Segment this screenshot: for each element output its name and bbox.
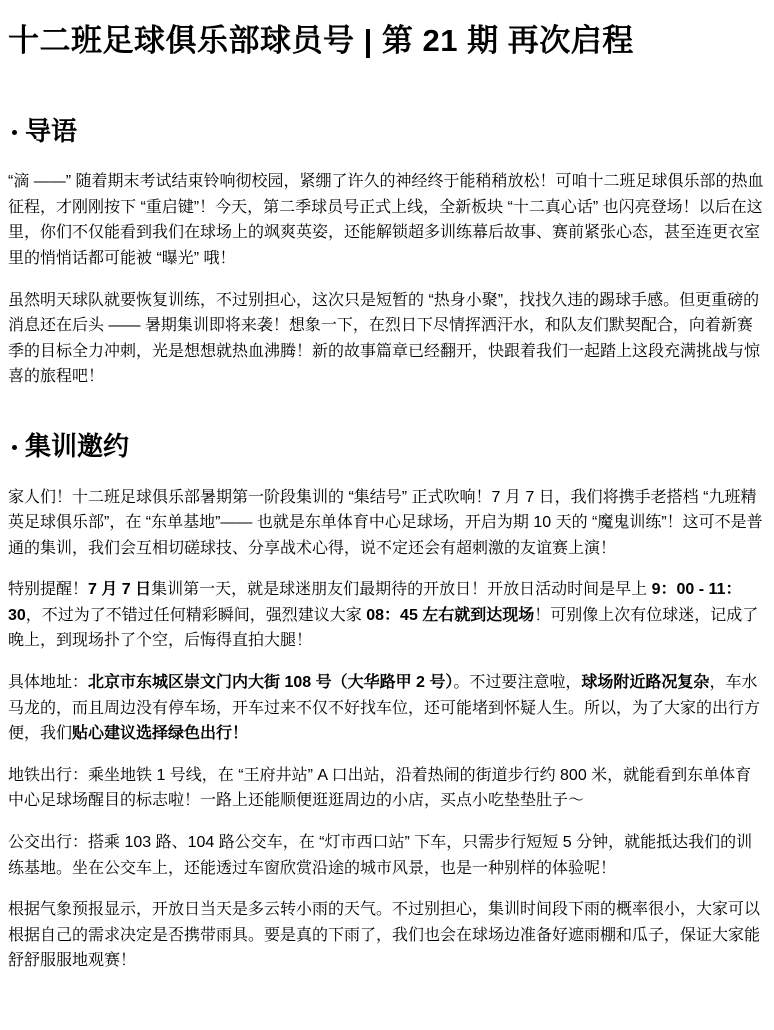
section-heading-intro: 导语 [8, 115, 766, 148]
paragraph-open-day-reminder: 特别提醒！7 月 7 日集训第一天，就是球迷朋友们最期待的开放日！开放日活动时间… [8, 577, 766, 654]
bullet-icon [12, 445, 17, 450]
section-heading-label: 导语 [25, 115, 77, 148]
article-page: 十二班足球俱乐部球员号 | 第 21 期 再次启程 导语 “滴 ——” 随着期末… [0, 0, 774, 1030]
paragraph-bus-route: 公交出行：搭乘 103 路、104 路公交车，在 “灯市西口站” 下车，只需步行… [8, 830, 766, 881]
bullet-icon [12, 130, 17, 135]
paragraph-address: 具体地址：北京市东城区崇文门内大街 108 号（大华路甲 2 号）。不过要注意啦… [8, 670, 766, 747]
paragraph: 虽然明天球队就要恢复训练，不过别担心，这次只是短暂的 “热身小聚”，找找久违的踢… [8, 288, 766, 390]
section-training-invite: 集训邀约 家人们！十二班足球俱乐部暑期第一阶段集训的 “集结号” 正式吹响！7 … [8, 430, 766, 974]
paragraph: 家人们！十二班足球俱乐部暑期第一阶段集训的 “集结号” 正式吹响！7 月 7 日… [8, 485, 766, 562]
paragraph-weather: 根据气象预报显示，开放日当天是多云转小雨的天气。不过别担心，集训时间段下雨的概率… [8, 897, 766, 974]
section-intro: 导语 “滴 ——” 随着期末考试结束铃响彻校园，紧绷了许久的神经终于能稍稍放松！… [8, 115, 766, 390]
paragraph: “滴 ——” 随着期末考试结束铃响彻校园，紧绷了许久的神经终于能稍稍放松！可咱十… [8, 169, 766, 271]
paragraph-metro-route: 地铁出行：乘坐地铁 1 号线，在 “王府井站” A 口出站，沿着热闹的街道步行约… [8, 763, 766, 814]
section-heading-label: 集训邀约 [25, 430, 129, 463]
page-title: 十二班足球俱乐部球员号 | 第 21 期 再次启程 [8, 22, 766, 61]
section-heading-training-invite: 集训邀约 [8, 430, 766, 463]
